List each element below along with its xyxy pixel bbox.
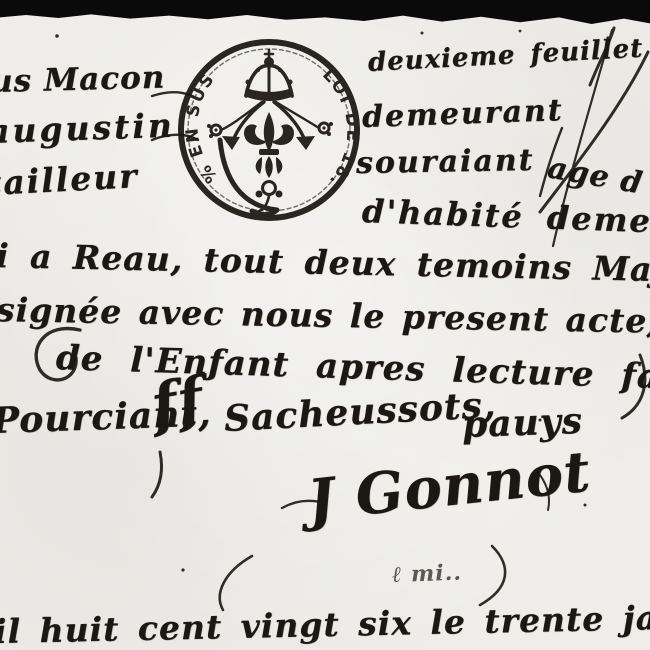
- handwritten-line-date: il huit cent vingt six le trente janvier…: [0, 595, 650, 650]
- handwritten-line-age: age d: [545, 150, 646, 201]
- handwritten-line-feuillet: deuxieme feuillet: [367, 34, 644, 78]
- pen-stroke: [220, 556, 252, 610]
- handwritten-line-tailleur: tailleur: [0, 156, 139, 203]
- crown-icon: [244, 50, 294, 101]
- signature-sacheussots: Sacheussots,: [223, 384, 497, 440]
- handwritten-line-souraiant: souraiant: [356, 143, 535, 181]
- ink-speck: [181, 568, 184, 571]
- revenue-stamp: % EN SUS LOI DE 18..: [172, 30, 368, 230]
- handwritten-line-temoins: i a Reau, tout deux temoins Majeurs: [0, 236, 650, 291]
- handwritten-line-signee: signée avec nous le present acte; ainsi: [0, 290, 650, 343]
- fleur-de-lis-icon: [244, 112, 294, 178]
- pen-stroke: [152, 452, 162, 497]
- handwritten-line-demeurant: demeurant: [361, 93, 564, 135]
- handwritten-line-macon: us Macon: [0, 59, 166, 100]
- scribble-annotation: ℓ mi..: [392, 560, 463, 588]
- handwritten-line-enfant: de l'Enfant apres lecture faite: [55, 338, 650, 399]
- rosette-right-icon: [319, 122, 333, 136]
- handwritten-line-habite: d'habité demeu: [361, 192, 650, 241]
- ink-speck: [519, 30, 522, 33]
- manuscript-page: % EN SUS LOI DE 18..: [0, 0, 650, 650]
- ink-speck: [421, 32, 424, 35]
- signature-pauys: pauys: [461, 400, 583, 446]
- main-signature: J Gonnot: [305, 439, 594, 534]
- scan-edge-band: [0, 0, 650, 30]
- ink-speck: [55, 34, 59, 38]
- rosette-left-icon: [207, 124, 221, 138]
- pen-stroke: [480, 546, 505, 605]
- handwritten-line-augustin: augustin: [0, 105, 175, 150]
